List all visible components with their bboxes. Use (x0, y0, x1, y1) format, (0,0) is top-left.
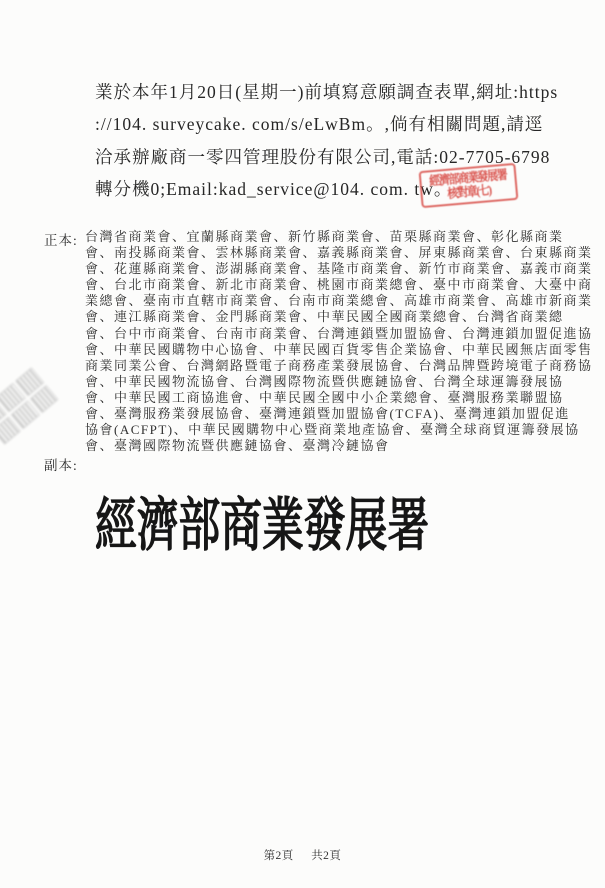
recipient-list-line: 會、南投縣商業會、雲林縣商業會、嘉義縣商業會、屏東縣商業會、台東縣商業 (85, 245, 585, 261)
recipient-list-line: 會、臺灣國際物流暨供應鏈協會、臺灣冷鏈協會 (85, 438, 585, 454)
recipient-list-line: 會、中華民國物流協會、台灣國際物流暨供應鏈協會、台灣全球運籌發展協 (85, 374, 585, 390)
recipient-list-line: 會、連江縣商業會、金門縣商業會、中華民國全國商業總會、台灣省商業總 (85, 309, 585, 325)
recipient-list-line: 會、中華民國購物中心協會、中華民國百貨零售企業協會、中華民國無店面零售 (85, 342, 585, 358)
agency-title: 經濟部商業發展署 (95, 492, 429, 560)
page-footer: 第2頁 共2頁 (0, 847, 605, 863)
carbon-copy-label: 副本: (44, 454, 78, 474)
recipient-list-line: 商業同業公會、台灣網路暨電子商務產業發展協會、台灣品牌暨跨境電子商務協 (85, 358, 585, 374)
total-pages: 共2頁 (311, 847, 341, 863)
body-line: 業於本年1月20日(星期一)前填寫意願調查表單,網址:https (95, 76, 525, 108)
recipient-list-line: 會、台北市商業會、新北市商業會、桃園市商業總會、臺中市商業會、大臺中商 (85, 277, 585, 293)
body-line: ://104. surveycake. com/s/eLwBm。,倘有相關問題,… (95, 108, 525, 140)
recipient-list-line: 會、中華民國工商協進會、中華民國全國中小企業總會、臺灣服務業聯盟協 (85, 390, 585, 406)
recipient-list-line: 會、臺灣服務業發展協會、臺灣連鎖暨加盟協會(TCFA)、臺灣連鎖加盟促進 (85, 406, 585, 422)
recipient-list-line: 會、花蓮縣商業會、澎湖縣商業會、基隆市商業會、新竹市商業會、嘉義市商業 (85, 261, 585, 277)
faint-ink-stamp-icon (0, 363, 63, 449)
page-number: 第2頁 (264, 847, 294, 863)
recipient-list: 台灣省商業會、宜蘭縣商業會、新竹縣商業會、苗栗縣商業會、彰化縣商業 會、南投縣商… (85, 229, 585, 454)
original-copy-label: 正本: (44, 229, 78, 249)
recipient-list-line: 台灣省商業會、宜蘭縣商業會、新竹縣商業會、苗栗縣商業會、彰化縣商業 (85, 229, 585, 245)
scanned-letter-page: 業於本年1月20日(星期一)前填寫意願調查表單,網址:https ://104.… (0, 0, 605, 888)
recipient-list-line: 會、台中市商業會、台南市商業會、台灣連鎖暨加盟協會、台灣連鎖加盟促進協 (85, 326, 585, 342)
recipient-list-line: 協會(ACFPT)、中華民國購物中心暨商業地產協會、臺灣全球商貿運籌發展協 (85, 422, 585, 438)
recipient-list-line: 業總會、臺南市直轄市商業會、台南市商業總會、高雄市商業會、高雄市新商業 (85, 293, 585, 309)
